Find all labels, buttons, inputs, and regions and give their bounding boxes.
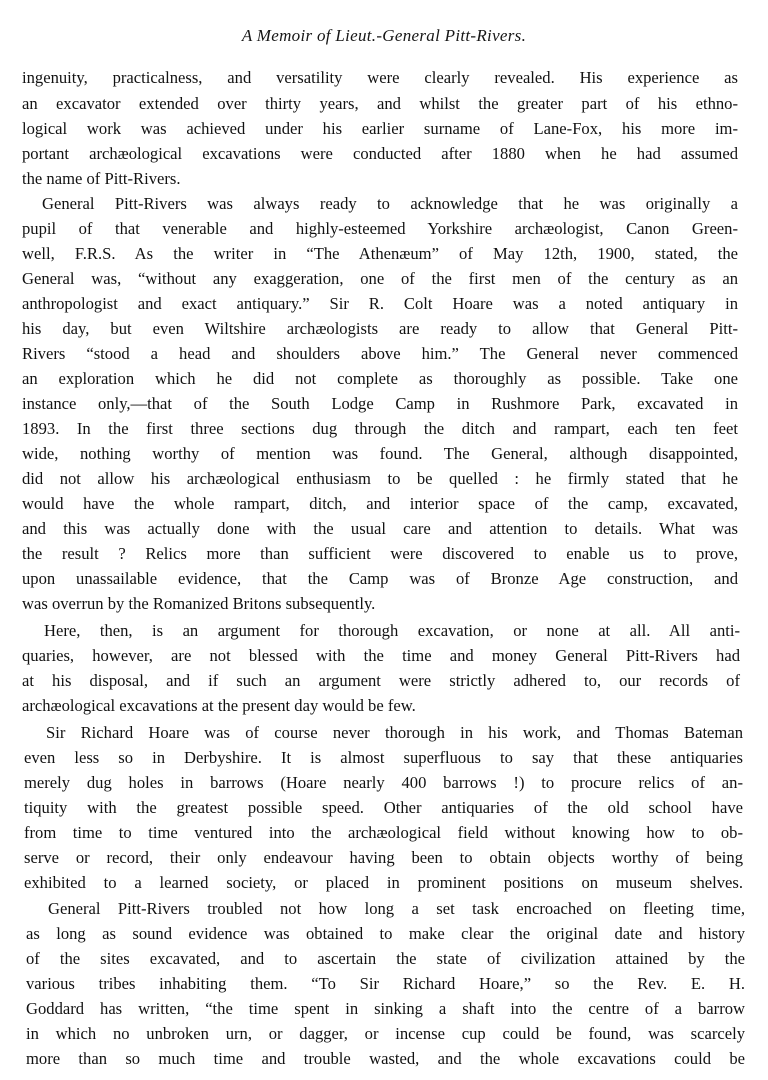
- text-line: logical work was achieved under his earl…: [22, 119, 738, 139]
- text-line: archæological excavations at the present…: [22, 696, 740, 716]
- text-line: wide, nothing worthy of mention was foun…: [22, 444, 738, 464]
- text-line: in which no unbroken urn, or dagger, or …: [26, 1024, 745, 1044]
- text-line: General was, “without any exaggeration, …: [22, 269, 738, 289]
- text-line: well, F.R.S. As the writer in “The Athen…: [22, 244, 738, 264]
- text-line: Rivers “stood a head and shoulders above…: [22, 344, 738, 364]
- text-line: even less so in Derbyshire. It is almost…: [24, 748, 743, 768]
- text-line: instance only,—that of the South Lodge C…: [22, 394, 738, 414]
- text-line: pupil of that venerable and highly-estee…: [22, 219, 738, 239]
- text-line: Here, then, is an argument for thorough …: [44, 621, 740, 641]
- text-line: and this was actually done with the usua…: [22, 519, 738, 539]
- text-line: portant archæological excavations were c…: [22, 144, 738, 164]
- text-line: the name of Pitt-Rivers.: [22, 169, 738, 189]
- text-line: Sir Richard Hoare was of course never th…: [46, 723, 743, 743]
- text-line: would have the whole rampart, ditch, and…: [22, 494, 738, 514]
- text-line: was overrun by the Romanized Britons sub…: [22, 594, 738, 614]
- text-line: serve or record, their only endeavour ha…: [24, 848, 743, 868]
- text-line: more than so much time and trouble waste…: [26, 1049, 745, 1069]
- text-line: 1893. In the first three sections dug th…: [22, 419, 738, 439]
- text-line: an excavator extended over thirty years,…: [22, 94, 738, 114]
- document-page: A Memoir of Lieut.-General Pitt-Rivers. …: [0, 0, 768, 1080]
- text-line: merely dug holes in barrows (Hoare nearl…: [24, 773, 743, 793]
- text-line: his day, but even Wiltshire archæologist…: [22, 319, 738, 339]
- running-head: A Memoir of Lieut.-General Pitt-Rivers.: [0, 26, 768, 46]
- text-line: an exploration which he did not complete…: [22, 369, 738, 389]
- text-line: anthropologist and exact antiquary.” Sir…: [22, 294, 738, 314]
- text-line: upon unassailable evidence, that the Cam…: [22, 569, 738, 589]
- text-line: of the sites excavated, and to ascertain…: [26, 949, 745, 969]
- text-line: quaries, however, are not blessed with t…: [22, 646, 740, 666]
- text-line: as long as sound evidence was obtained t…: [26, 924, 745, 944]
- text-line: did not allow his archæological enthusia…: [22, 469, 738, 489]
- text-line: Goddard has written, “the time spent in …: [26, 999, 745, 1019]
- text-line: General Pitt-Rivers troubled not how lon…: [48, 899, 745, 919]
- text-line: General Pitt-Rivers was always ready to …: [42, 194, 738, 214]
- text-line: at his disposal, and if such an argument…: [22, 671, 740, 691]
- text-line: the result ? Relics more than sufficient…: [22, 544, 738, 564]
- text-line: exhibited to a learned society, or place…: [24, 873, 743, 893]
- text-line: various tribes inhabiting them. “To Sir …: [26, 974, 745, 994]
- text-line: from time to time ventured into the arch…: [24, 823, 743, 843]
- text-line: ingenuity, practicalness, and versatilit…: [22, 68, 738, 88]
- text-line: tiquity with the greatest possible speed…: [24, 798, 743, 818]
